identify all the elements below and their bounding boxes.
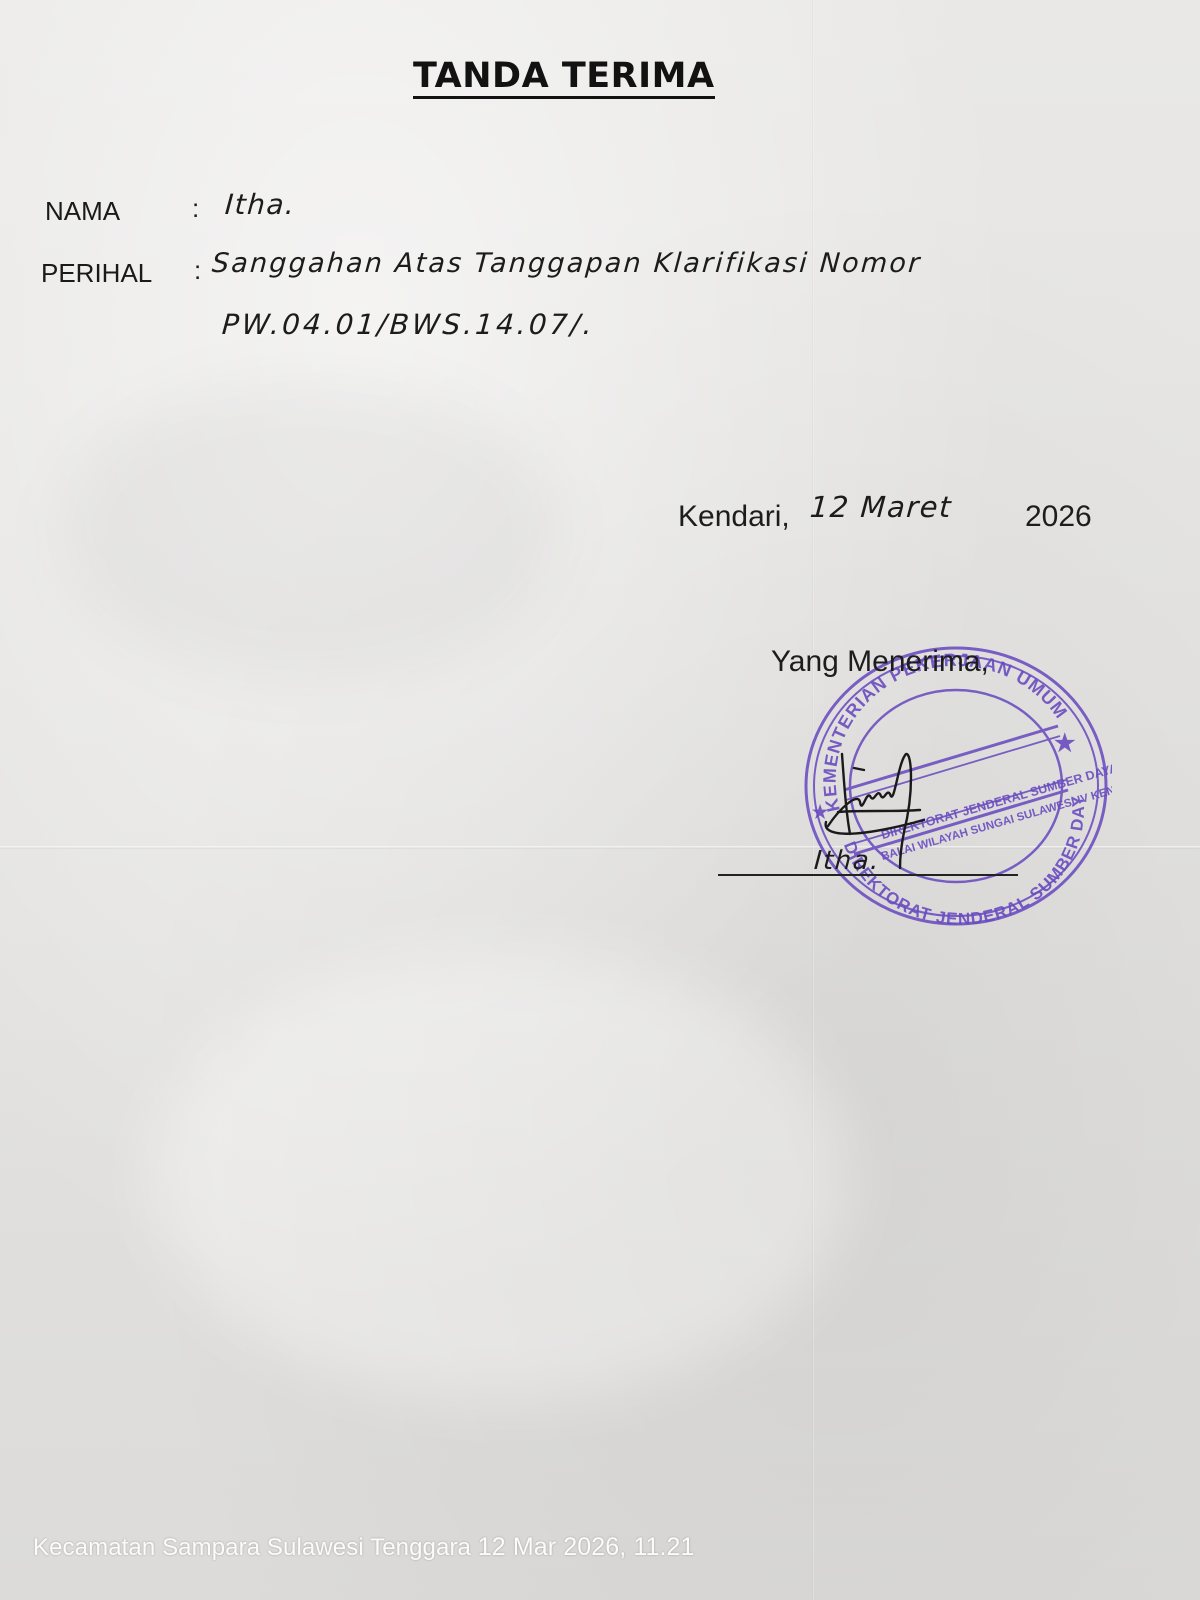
paper-highlight [150, 950, 850, 1400]
year: 2026 [1025, 500, 1092, 534]
watermark-location: Kecamatan Sampara Sulawesi Tenggara [33, 1534, 471, 1561]
signatory-name: Itha. [813, 846, 881, 876]
receiver-label: Yang Menerima, [771, 645, 989, 679]
field-value-perihal-line2: PW.04.01/BWS.14.07/. [221, 308, 596, 341]
document-title: TANDA TERIMA [413, 58, 715, 99]
field-label-nama: NAMA [45, 196, 120, 227]
watermark-datetime: 12 Mar 2026, 11.21 [478, 1533, 695, 1561]
photo-location-watermark: Kecamatan Sampara Sulawesi Tenggara 12 M… [33, 1533, 695, 1562]
field-value-nama: Itha. [224, 188, 297, 221]
date-handwritten: 12 Maret [809, 490, 953, 524]
colon: : [194, 255, 201, 286]
colon: : [192, 193, 199, 224]
star-icon: ★ [1054, 730, 1076, 757]
place: Kendari, [678, 500, 790, 534]
field-value-perihal-line1: Sanggahan Atas Tanggapan Klarifikasi Nom… [211, 248, 923, 279]
field-label-perihal: PERIHAL [41, 258, 152, 289]
paper-shadow [60, 380, 560, 680]
